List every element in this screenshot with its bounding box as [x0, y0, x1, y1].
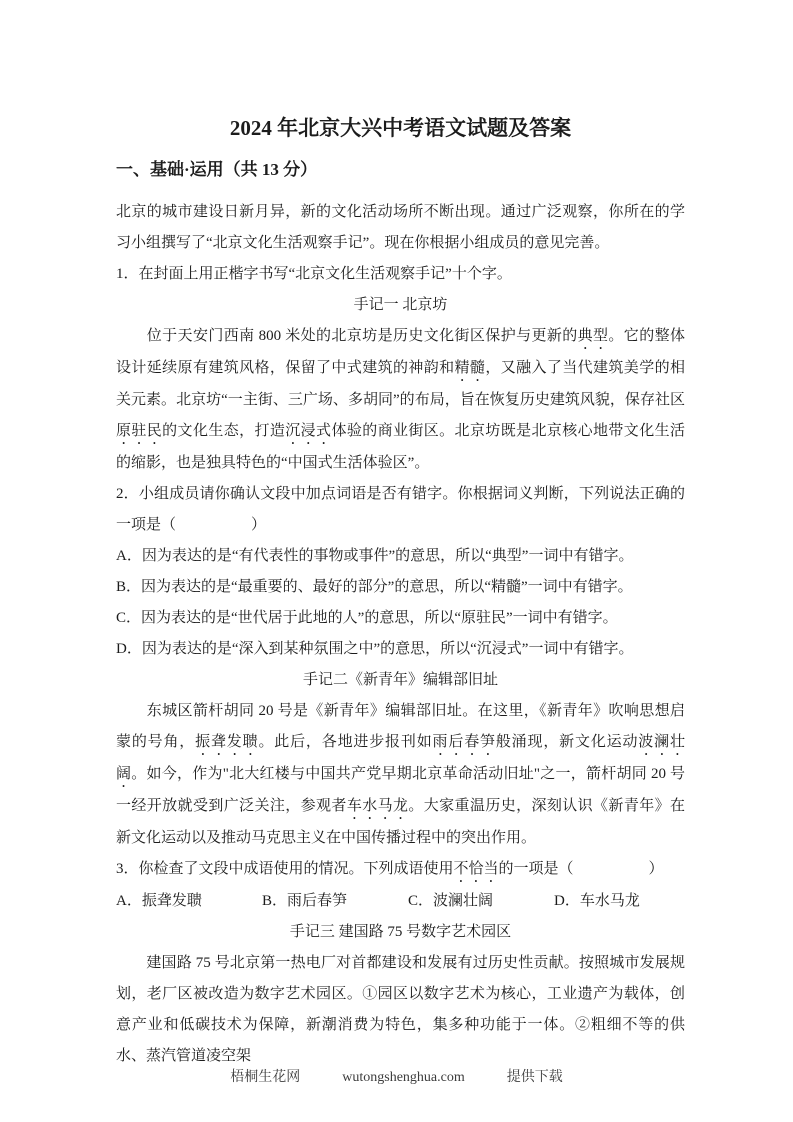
- emphasized-term: 车水马龙: [347, 798, 409, 814]
- footer-site-url: wutongshenghua.com: [342, 1068, 464, 1088]
- question-3-options-d: D．车水马龙: [554, 886, 640, 917]
- intro-paragraph: 北京的城市建设日新月异，新的文化活动场所不断出现。通过广泛观察，你所在的学习小组…: [116, 197, 685, 259]
- note2-heading: 手记二《新青年》编辑部旧址: [116, 665, 685, 696]
- text-run: 的文化生态，打造: [162, 423, 285, 439]
- document-body: 2024 年北京大兴中考语文试题及答案一、基础·运用（共 13 分）北京的城市建…: [116, 112, 685, 1072]
- question-2-option-d: D．因为表达的是“深入到某种氛围之中”的意思，所以“沉浸式”一词中有错字。: [116, 634, 685, 665]
- text-run: 3．你检查了文段中成语使用的情况。下列成语使用: [116, 861, 454, 877]
- text-run: 般涌现，新文化运动: [496, 734, 638, 750]
- text-run: B．因为表达的是“最重要的、最好的部分”的意思，所以“精髓”一词中有错字。: [116, 579, 633, 595]
- emphasized-term: 典型: [578, 328, 609, 344]
- question-2: 2．小组成员请你确认文段中加点词语是否有错字。你根据词义判断，下列说法正确的一项…: [116, 479, 685, 541]
- footer-site-name: 梧桐生花网: [230, 1068, 300, 1088]
- emphasized-term: 不恰当: [454, 861, 499, 877]
- emphasized-term: 精髓: [455, 360, 486, 376]
- emphasized-term: 振聋发聩: [195, 734, 258, 750]
- text-run: 。此后，各地进步报刊如: [258, 734, 432, 750]
- text-run: 北京的城市建设日新月异，新的文化活动场所不断出现。通过广泛观察，你所在的学习小组…: [116, 204, 685, 251]
- text-run: 1．在封面上用正楷字书写“北京文化生活观察手记”十个字。: [116, 266, 512, 282]
- question-3-options-a: A．振聋发聩: [116, 886, 262, 917]
- text-run: D．因为表达的是“深入到某种氛围之中”的意思，所以“沉浸式”一词中有错字。: [116, 641, 633, 657]
- question-3-options-c: C．波澜壮阔: [408, 886, 554, 917]
- text-run: 建国路 75 号北京第一热电厂对首都建设和发展有过历史性贡献。按照城市发展规划，…: [116, 955, 685, 1064]
- text-run: 的一项是（ ）: [499, 861, 664, 877]
- text-run: C．因为表达的是“世代居于此地的人”的意思，所以“原驻民”一词中有错字。: [116, 610, 618, 626]
- note1-paragraph: 位于天安门西南 800 米处的北京坊是历史文化街区保护与更新的典型。它的整体设计…: [116, 321, 685, 479]
- question-1: 1．在封面上用正楷字书写“北京文化生活观察手记”十个字。: [116, 259, 685, 290]
- question-2-option-c: C．因为表达的是“世代居于此地的人”的意思，所以“原驻民”一词中有错字。: [116, 603, 685, 634]
- doc-title: 2024 年北京大兴中考语文试题及答案: [116, 112, 685, 144]
- question-3-options: A．振聋发聩B．雨后春笋C．波澜壮阔D．车水马龙: [116, 886, 685, 917]
- page-footer: 梧桐生花网 wutongshenghua.com 提供下载: [0, 1068, 793, 1088]
- section-heading: 一、基础·运用（共 13 分）: [116, 154, 685, 186]
- emphasized-term: 雨后春笋: [433, 734, 496, 750]
- footer-download-label: 提供下载: [507, 1068, 563, 1088]
- text-run: 2．小组成员请你确认文段中加点词语是否有错字。你根据词义判断，下列说法正确的一项…: [116, 486, 685, 533]
- text-run: 位于天安门西南 800 米处的北京坊是历史文化街区保护与更新的: [116, 328, 578, 344]
- emphasized-term: 沉浸式: [285, 423, 331, 439]
- question-3: 3．你检查了文段中成语使用的情况。下列成语使用不恰当的一项是（ ）: [116, 854, 685, 886]
- note1-heading: 手记一 北京坊: [116, 290, 685, 321]
- question-2-option-b: B．因为表达的是“最重要的、最好的部分”的意思，所以“精髓”一词中有错字。: [116, 572, 685, 603]
- question-2-option-a: A．因为表达的是“有代表性的事物或事件”的意思，所以“典型”一词中有错字。: [116, 541, 685, 572]
- document-page: 2024 年北京大兴中考语文试题及答案一、基础·运用（共 13 分）北京的城市建…: [0, 0, 793, 1122]
- note2-paragraph: 东城区箭杆胡同 20 号是《新青年》编辑部旧址。在这里，《新青年》吹响思想启蒙的…: [116, 696, 685, 854]
- note3-paragraph: 建国路 75 号北京第一热电厂对首都建设和发展有过历史性贡献。按照城市发展规划，…: [116, 948, 685, 1072]
- text-run: A．因为表达的是“有代表性的事物或事件”的意思，所以“典型”一词中有错字。: [116, 548, 633, 564]
- emphasized-term: 原驻民: [116, 423, 162, 439]
- note3-heading: 手记三 建国路 75 号数字艺术园区: [116, 917, 685, 948]
- question-3-options-b: B．雨后春笋: [262, 886, 408, 917]
